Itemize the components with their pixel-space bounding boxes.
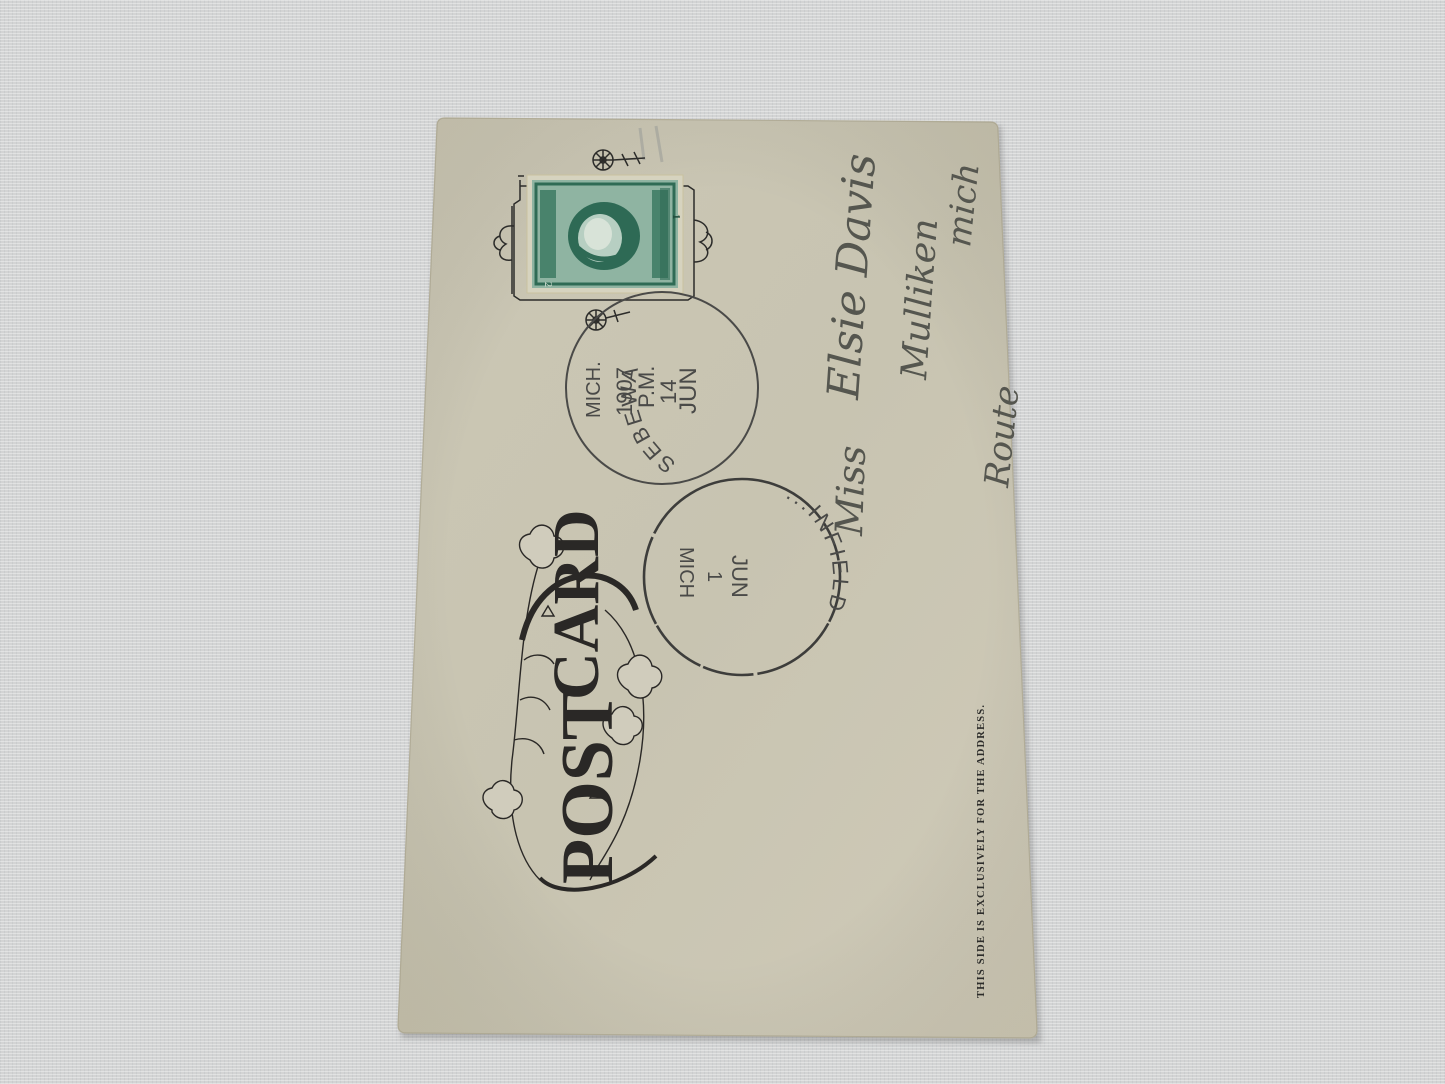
photo-scene: 1 2 SEBEWA MICH. JUN 14 P.M. 1907 ...INF… (0, 0, 1445, 1084)
postmark-state: MICH (675, 547, 697, 598)
address-salutation: Miss (827, 445, 874, 538)
postmark-month: JUN (727, 555, 752, 598)
logo-card: CARD (540, 509, 613, 700)
postmark-day: 14 (656, 380, 681, 404)
svg-text:2: 2 (542, 282, 553, 287)
postmark-year: 1907 (612, 367, 637, 416)
postage-stamp-icon: 1 2 (527, 175, 683, 293)
postmark-state: MICH. (583, 361, 605, 418)
stamp-denomination: 1 (670, 214, 682, 220)
postmark-time: P.M. (634, 366, 659, 408)
logo-post: POST (547, 691, 629, 884)
postmark-day: 1 (703, 571, 725, 582)
address-side-note: THIS SIDE IS EXCLUSIVELY FOR THE ADDRESS… (976, 704, 987, 998)
